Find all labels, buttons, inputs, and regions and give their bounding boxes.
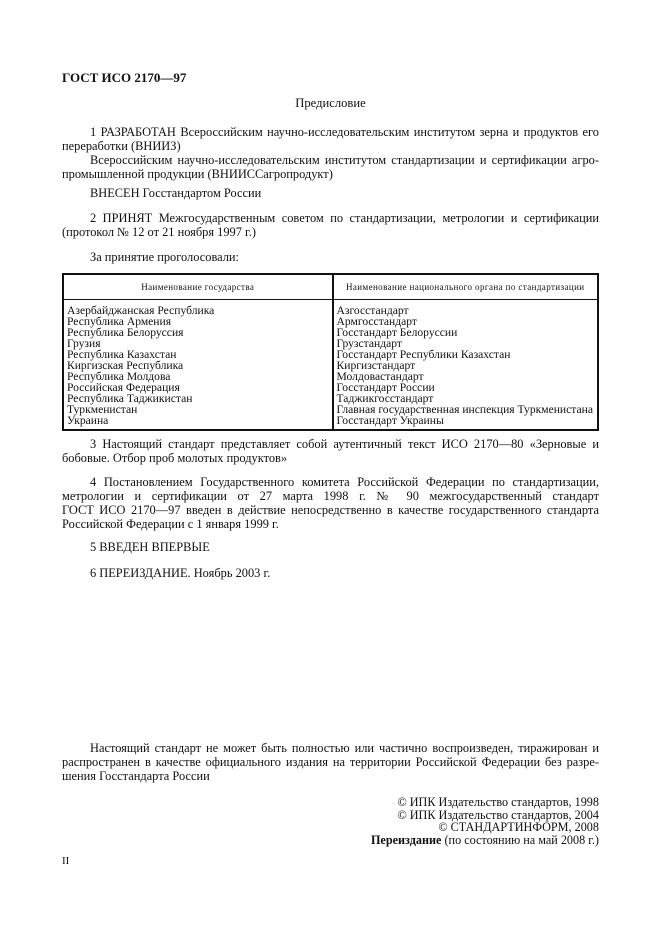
paragraph-2: 2 ПРИНЯТ Межгосударственным советом по с…: [62, 211, 599, 239]
paragraph-3: 3 Настоящий стандарт представляет собой …: [62, 437, 599, 465]
page-number: II: [62, 855, 69, 867]
reproduction-notice: Настоящий стандарт не может быть полност…: [62, 741, 599, 783]
notice-line-1: Настоящий стандарт не может быть полност…: [62, 741, 599, 755]
standards-bodies-column: Азгосстандарт Армгосстандарт Госстандарт…: [333, 300, 598, 431]
paragraph-4-line-3: ГОСТ ИСО 2170—97 введен в действие непос…: [62, 503, 599, 517]
column-header-state: Наименование государства: [63, 274, 333, 300]
table-body-row: Азербайджанская Республика Республика Ар…: [63, 300, 598, 431]
copyright-block: © ИПК Издательство стандартов, 1998 © ИП…: [371, 796, 599, 846]
state-name: Украина: [67, 415, 328, 426]
notice-line-3: шения Госстандарта России: [62, 769, 599, 783]
table-header-row: Наименование государства Наименование на…: [63, 274, 598, 300]
states-column: Азербайджанская Республика Республика Ар…: [63, 300, 333, 431]
paragraph-1b-line-2: промышленной продукции (ВНИИССагропродук…: [62, 167, 599, 181]
paragraph-vnesen: ВНЕСЕН Госстандартом России: [62, 186, 599, 200]
paragraph-voted: За принятие проголосовали:: [62, 250, 599, 264]
paragraph-4-line-1: 4 Постановлением Государственного комите…: [62, 475, 599, 489]
section-title: Предисловие: [0, 96, 661, 111]
paragraph-1b-line-1: Всероссийским научно-исследовательским и…: [62, 153, 599, 167]
paragraph-2-line-1: 2 ПРИНЯТ Межгосударственным советом по с…: [62, 211, 599, 225]
document-code: ГОСТ ИСО 2170—97: [62, 70, 186, 86]
paragraph-1-line-2: переработки (ВНИИЗ): [62, 139, 599, 153]
notice-line-2: распространен в качестве официального из…: [62, 755, 599, 769]
reissue-label: Переиздание: [371, 833, 442, 847]
paragraph-6: 6 ПЕРЕИЗДАНИЕ. Ноябрь 2003 г.: [62, 566, 599, 580]
voting-table: Наименование государства Наименование на…: [62, 273, 599, 431]
reissue-note: Переиздание (по состоянию на май 2008 г.…: [371, 834, 599, 847]
paragraph-4: 4 Постановлением Государственного комите…: [62, 475, 599, 531]
column-header-standards-body: Наименование национального органа по ста…: [333, 274, 598, 300]
copyright-line-1: © ИПК Издательство стандартов, 1998: [371, 796, 599, 809]
paragraph-1-line-1: 1 РАЗРАБОТАН Всероссийским научно-исслед…: [62, 125, 599, 139]
paragraph-3-line-2: бобовые. Отбор проб молотых продуктов»: [62, 451, 599, 465]
paragraph-1: 1 РАЗРАБОТАН Всероссийским научно-исслед…: [62, 125, 599, 181]
standards-body-name: Госстандарт Украины: [337, 415, 593, 426]
paragraph-2-line-2: (протокол № 12 от 21 ноября 1997 г.): [62, 225, 599, 239]
reissue-date: (по состоянию на май 2008 г.): [441, 833, 599, 847]
paragraph-4-line-4: Российской Федерации с 1 января 1999 г.: [62, 517, 599, 531]
paragraph-3-line-1: 3 Настоящий стандарт представляет собой …: [62, 437, 599, 451]
state-name: Республика Белоруссия: [67, 327, 328, 338]
paragraph-4-line-2: метрологии и сертификации от 27 марта 19…: [62, 489, 599, 503]
paragraph-5: 5 ВВЕДЕН ВПЕРВЫЕ: [62, 540, 599, 554]
